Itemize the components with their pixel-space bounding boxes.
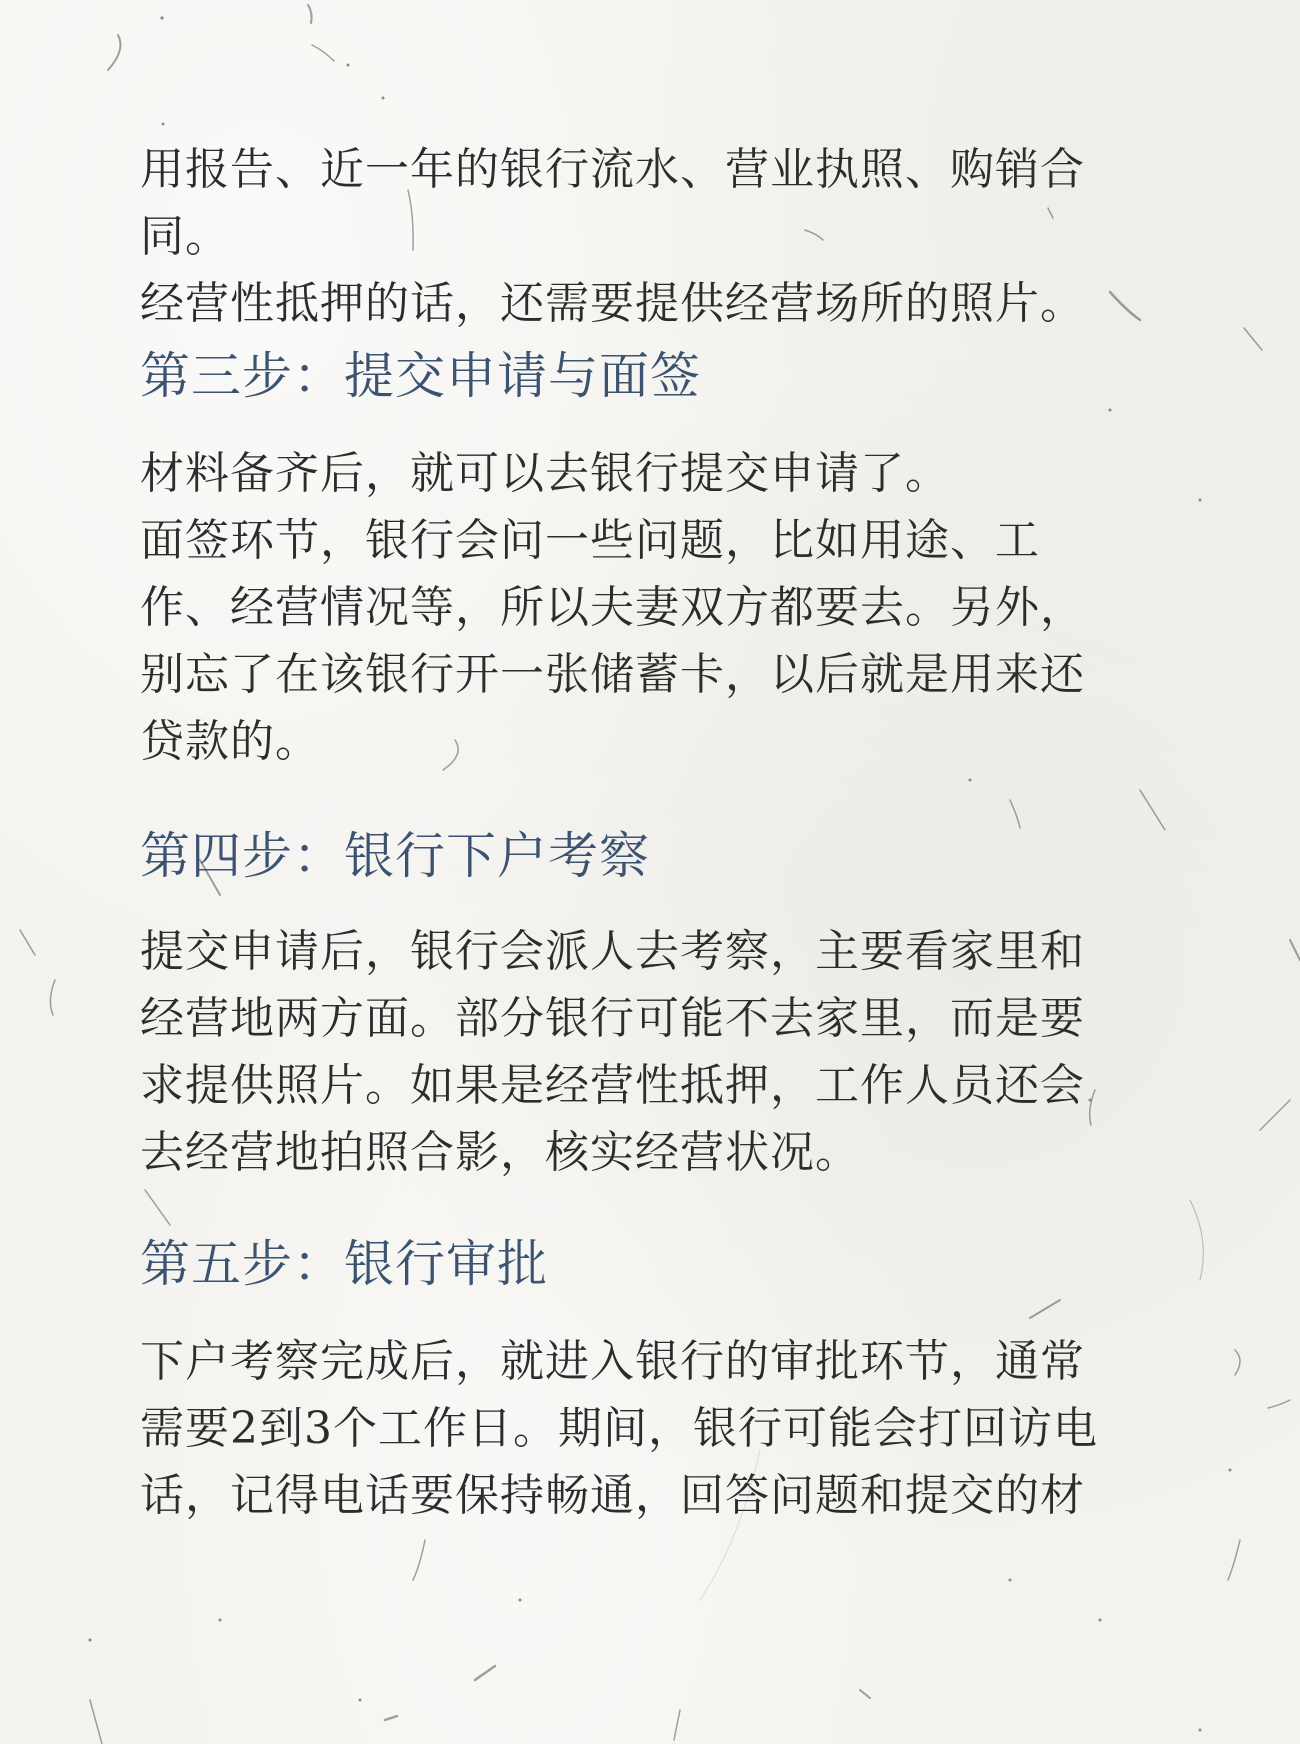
text-line: 提交申请后，银行会派人去考察，主要看家里和 bbox=[140, 926, 1085, 978]
text-line: 经营地两方面。部分银行可能不去家里，而是要 bbox=[140, 993, 1085, 1045]
text-line: 贷款的。 bbox=[140, 716, 320, 768]
text-line: 材料备齐后，就可以去银行提交申请了。 bbox=[140, 448, 950, 500]
text-line: 经营性抵押的话，还需要提供经营场所的照片。 bbox=[140, 278, 1085, 330]
text-line: 用报告、近一年的银行流水、营业执照、购销合 bbox=[140, 144, 1085, 196]
section-heading: 第四步：银行下户考察 bbox=[140, 826, 650, 886]
text-line: 话，记得电话要保持畅通，回答问题和提交的材 bbox=[140, 1470, 1085, 1522]
text-line: 面签环节，银行会问一些问题，比如用途、工 bbox=[140, 515, 1040, 567]
text-line: 去经营地拍照合影，核实经营状况。 bbox=[140, 1127, 860, 1179]
section-heading: 第三步：提交申请与面签 bbox=[140, 346, 701, 406]
text-line: 同。 bbox=[140, 211, 230, 263]
text-line: 作、经营情况等，所以夫妻双方都要去。另外， bbox=[140, 582, 1085, 634]
text-line: 求提供照片。如果是经营性抵押，工作人员还会 bbox=[140, 1060, 1085, 1112]
text-line: 下户考察完成后，就进入银行的审批环节，通常 bbox=[140, 1336, 1085, 1388]
section-heading: 第五步：银行审批 bbox=[140, 1234, 548, 1294]
text-line: 别忘了在该银行开一张储蓄卡，以后就是用来还 bbox=[140, 649, 1085, 701]
text-line: 需要2到3个工作日。期间，银行可能会打回访电 bbox=[140, 1403, 1098, 1455]
